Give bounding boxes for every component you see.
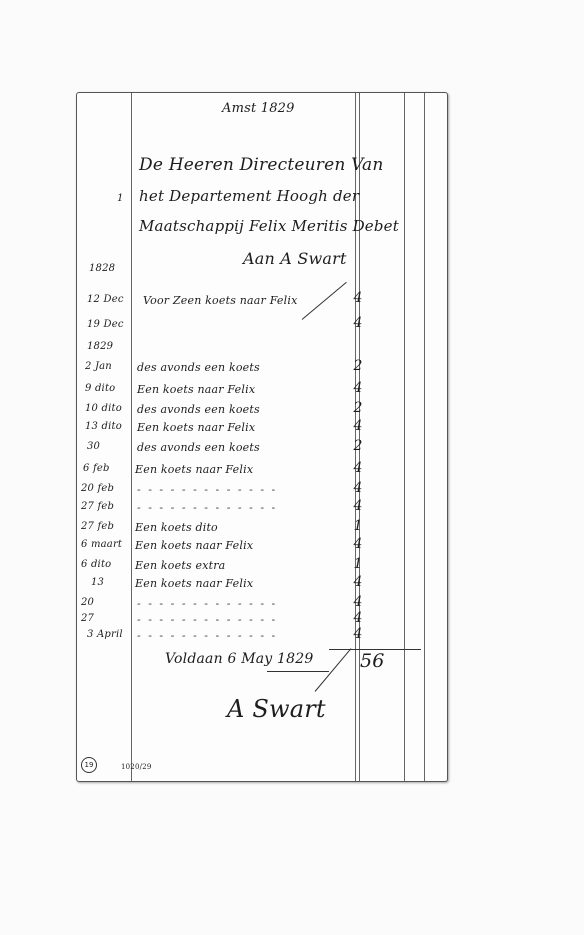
- year-1829: 1829: [87, 341, 113, 352]
- entry-ditto-dashes: - - - - - - - - - - - - -: [137, 483, 277, 496]
- entry-amount: 1: [343, 518, 373, 534]
- entry-amount: 4: [343, 536, 373, 552]
- entry-amount: 1: [343, 556, 373, 572]
- entry-date: 9 dito: [85, 383, 115, 394]
- entry-amount: 2: [343, 400, 373, 416]
- entry-description: Een koets dito: [135, 521, 218, 534]
- entry-description: des avonds een koets: [137, 441, 260, 454]
- entry-date: 3 April: [87, 629, 123, 640]
- entry-amount: 4: [343, 460, 373, 476]
- entry-description: Een koets naar Felix: [137, 421, 255, 434]
- entry-date: 27 feb: [81, 521, 114, 532]
- entry-amount: 2: [343, 438, 373, 454]
- entry-description: Een koets extra: [135, 559, 225, 572]
- entry-amount: 4: [343, 380, 373, 396]
- entry-description: des avonds een koets: [137, 361, 260, 374]
- entry-description: Een koets naar Felix: [135, 463, 253, 476]
- addressee-line-2: het Departement Hoogh der: [139, 187, 359, 205]
- addressee-line-3: Maatschappij Felix Meritis Debet: [139, 217, 399, 235]
- total-amount: 56: [360, 650, 385, 672]
- entry-amount: 4: [343, 290, 373, 306]
- entry-date: 27 feb: [81, 501, 114, 512]
- entry-amount: 4: [343, 610, 373, 626]
- page-number-circle: 19: [81, 757, 97, 773]
- entry-date: 10 dito: [85, 403, 122, 414]
- strike-mark: [302, 282, 347, 320]
- entry-date: 12 Dec: [87, 294, 124, 305]
- addressee-line-1: De Heeren Directeuren Van: [139, 155, 384, 175]
- date-margin-line: [131, 93, 132, 781]
- entry-date: 19 Dec: [87, 319, 124, 330]
- column-line: [424, 93, 425, 781]
- column-line: [404, 93, 405, 781]
- entry-date: 30: [87, 441, 100, 452]
- entry-date: 20 feb: [81, 483, 114, 494]
- entry-date: 6 maart: [81, 539, 122, 550]
- entry-amount: 4: [343, 574, 373, 590]
- header-date: Amst 1829: [222, 101, 295, 116]
- entry-description: Voor Zeen koets naar Felix: [143, 294, 297, 307]
- entry-amount: 4: [343, 498, 373, 514]
- signature: A Swart: [227, 695, 326, 723]
- entry-description: Een koets naar Felix: [135, 539, 253, 552]
- entry-date: 27: [81, 613, 94, 624]
- entry-ditto-dashes: - - - - - - - - - - - - -: [137, 597, 277, 610]
- ledger-page: Amst 1829 De Heeren Directeuren Van 1 he…: [76, 92, 448, 782]
- year-1828: 1828: [89, 263, 115, 274]
- entry-amount: 4: [343, 626, 373, 642]
- entry-amount: 4: [343, 480, 373, 496]
- entry-description: Een koets naar Felix: [135, 577, 253, 590]
- entry-date: 13: [91, 577, 104, 588]
- entry-description: des avonds een koets: [137, 403, 260, 416]
- margin-mark: 1: [117, 193, 124, 204]
- entry-date: 13 dito: [85, 421, 122, 432]
- entry-ditto-dashes: - - - - - - - - - - - - -: [137, 501, 277, 514]
- entry-date: 6 dito: [81, 559, 111, 570]
- entry-amount: 4: [343, 418, 373, 434]
- entry-amount: 4: [343, 594, 373, 610]
- entry-amount: 2: [343, 358, 373, 374]
- entry-date: 2 Jan: [85, 361, 112, 372]
- settlement-underline: [267, 671, 329, 672]
- archive-reference: 1020/29: [121, 763, 151, 771]
- settlement-note: Voldaan 6 May 1829: [165, 651, 313, 667]
- entry-description: Een koets naar Felix: [137, 383, 255, 396]
- creditor: Aan A Swart: [243, 249, 347, 268]
- entry-amount: 4: [343, 315, 373, 331]
- entry-ditto-dashes: - - - - - - - - - - - - -: [137, 613, 277, 626]
- entry-date: 20: [81, 597, 94, 608]
- entry-ditto-dashes: - - - - - - - - - - - - -: [137, 629, 277, 642]
- entry-date: 6 feb: [83, 463, 110, 474]
